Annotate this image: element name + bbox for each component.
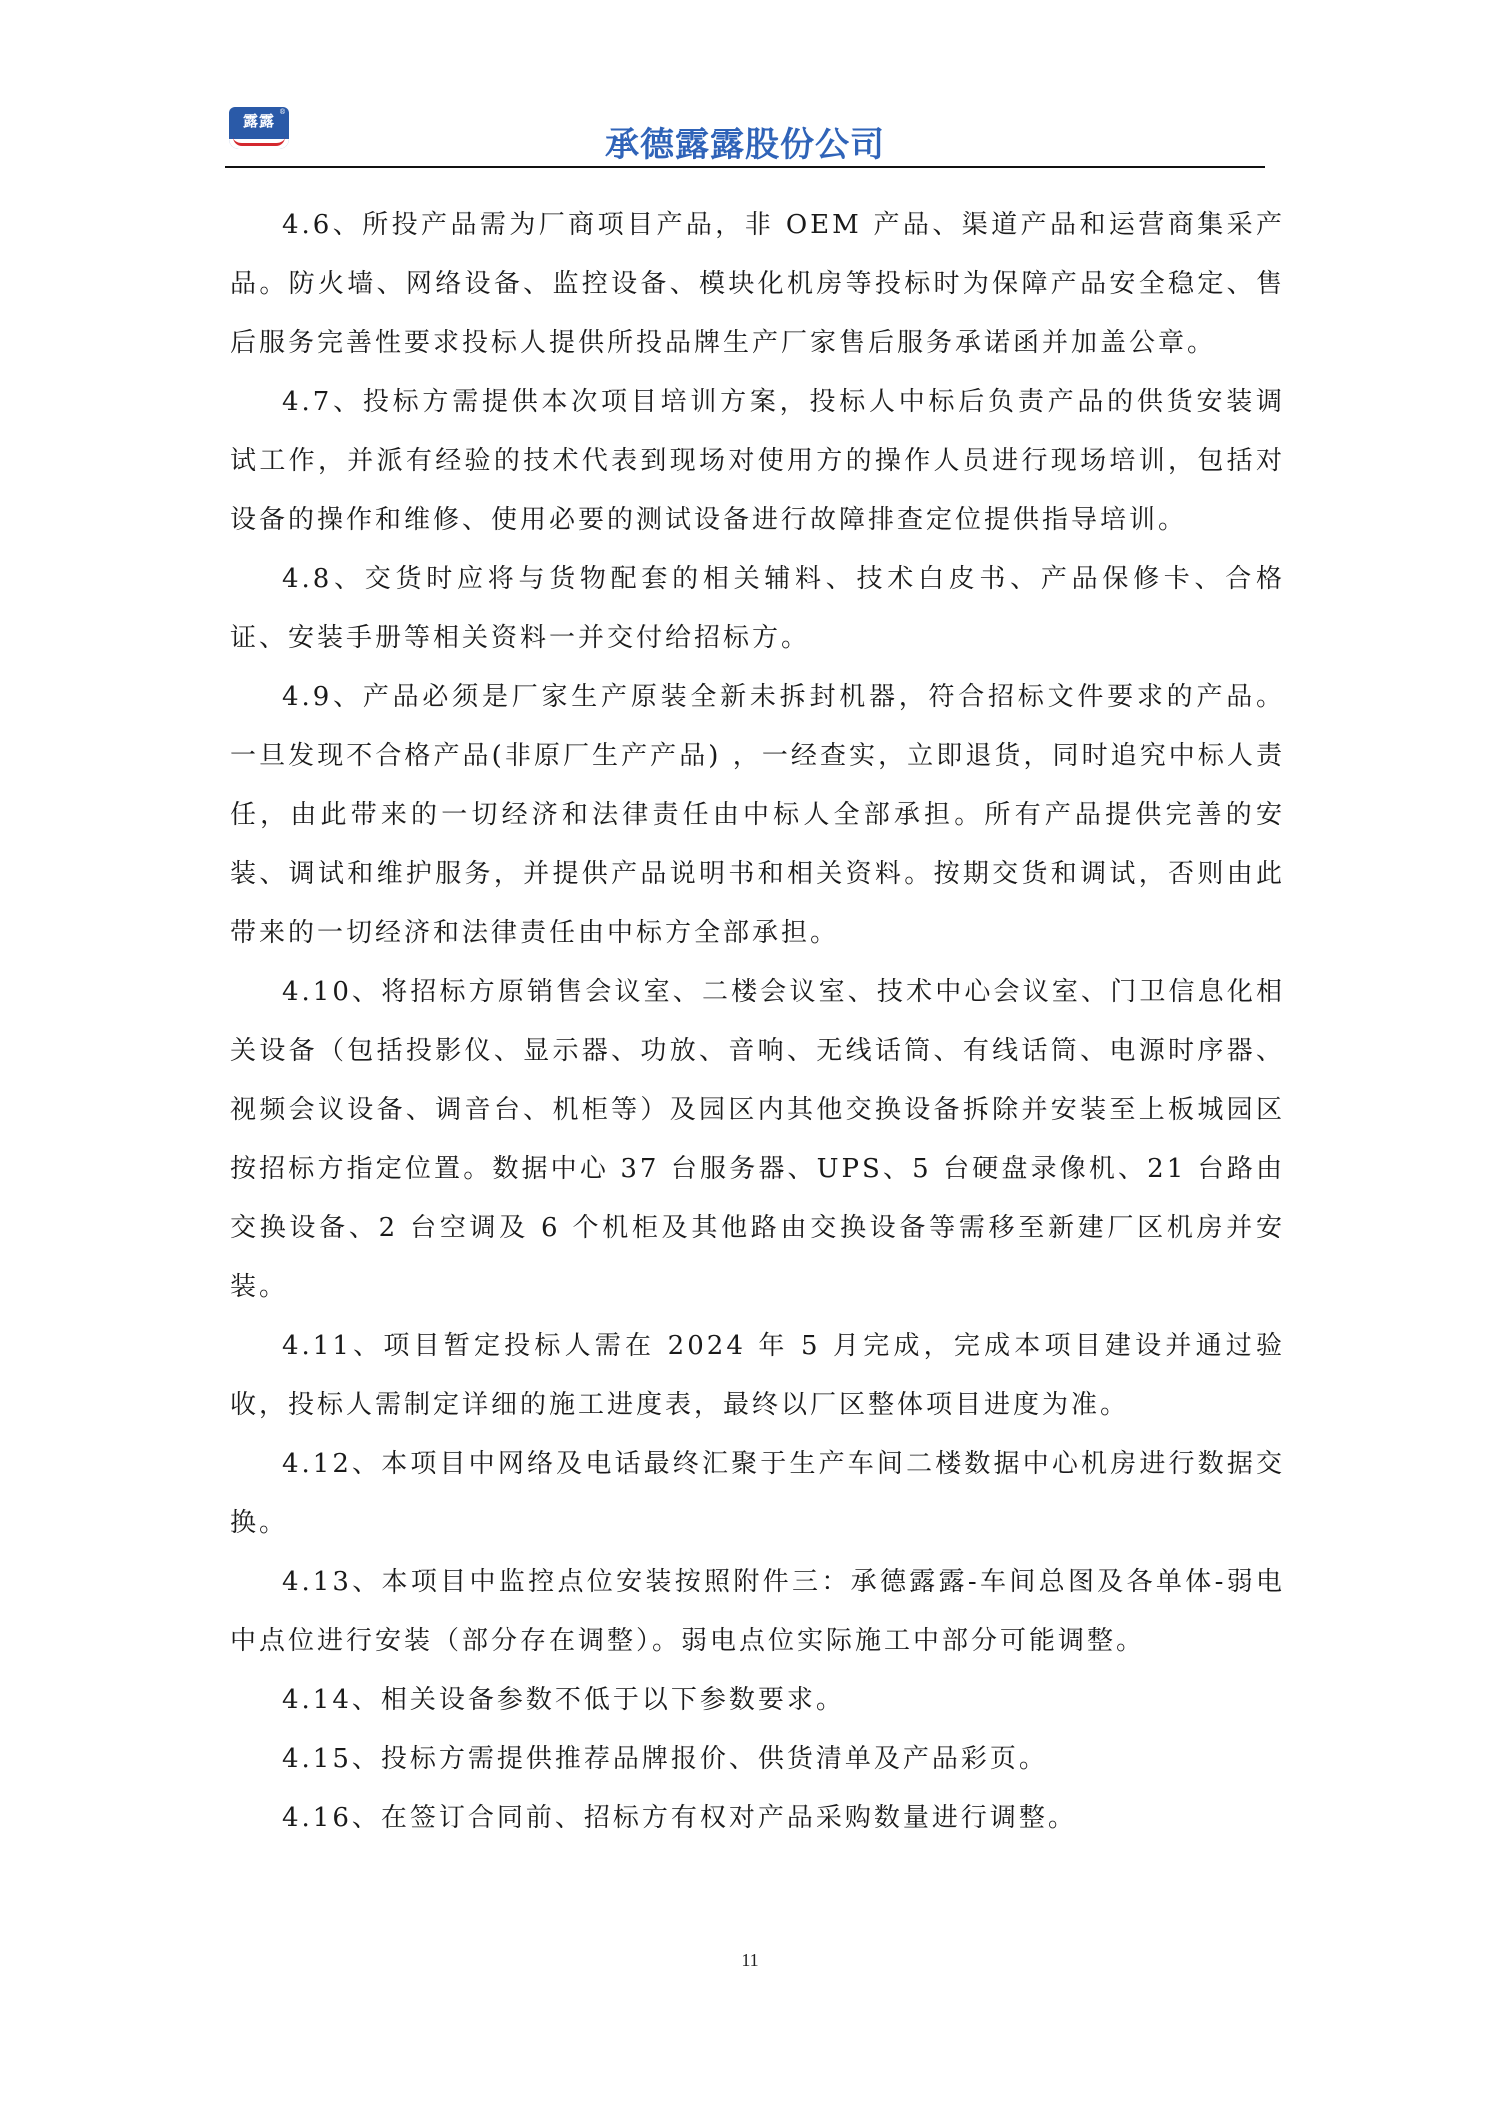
clause-4-16: 4.16、在签订合同前、招标方有权对产品采购数量进行调整。: [230, 1789, 1285, 1848]
page-number: 11: [0, 1950, 1500, 1971]
clause-4-8: 4.8、交货时应将与货物配套的相关辅料、技术白皮书、产品保修卡、合格证、安装手册…: [230, 550, 1285, 668]
clause-4-10: 4.10、将招标方原销售会议室、二楼会议室、技术中心会议室、门卫信息化相关设备（…: [230, 963, 1285, 1317]
clause-4-12: 4.12、本项目中网络及电话最终汇聚于生产车间二楼数据中心机房进行数据交换。: [230, 1435, 1285, 1553]
clause-4-14: 4.14、相关设备参数不低于以下参数要求。: [230, 1671, 1285, 1730]
company-name-title: 承德露露股份公司: [225, 117, 1265, 166]
clause-4-15: 4.15、投标方需提供推荐品牌报价、供货清单及产品彩页。: [230, 1730, 1285, 1789]
clause-4-9: 4.9、产品必须是厂家生产原装全新未拆封机器，符合招标文件要求的产品。一旦发现不…: [230, 668, 1285, 963]
clause-4-6: 4.6、所投产品需为厂商项目产品，非 OEM 产品、渠道产品和运营商集采产品。防…: [230, 196, 1285, 373]
document-body: 4.6、所投产品需为厂商项目产品，非 OEM 产品、渠道产品和运营商集采产品。防…: [230, 196, 1285, 1848]
clause-4-13: 4.13、本项目中监控点位安装按照附件三：承德露露-车间总图及各单体-弱电中点位…: [230, 1553, 1285, 1671]
page-header: 露露 ® 承德露露股份公司: [225, 105, 1265, 171]
clause-4-7: 4.7、投标方需提供本次项目培训方案，投标人中标后负责产品的供货安装调试工作，并…: [230, 373, 1285, 550]
clause-4-11: 4.11、项目暂定投标人需在 2024 年 5 月完成，完成本项目建设并通过验收…: [230, 1317, 1285, 1435]
header-divider: [225, 166, 1265, 168]
document-page: 露露 ® 承德露露股份公司 4.6、所投产品需为厂商项目产品，非 OEM 产品、…: [0, 0, 1500, 2121]
registered-mark: ®: [279, 108, 286, 116]
